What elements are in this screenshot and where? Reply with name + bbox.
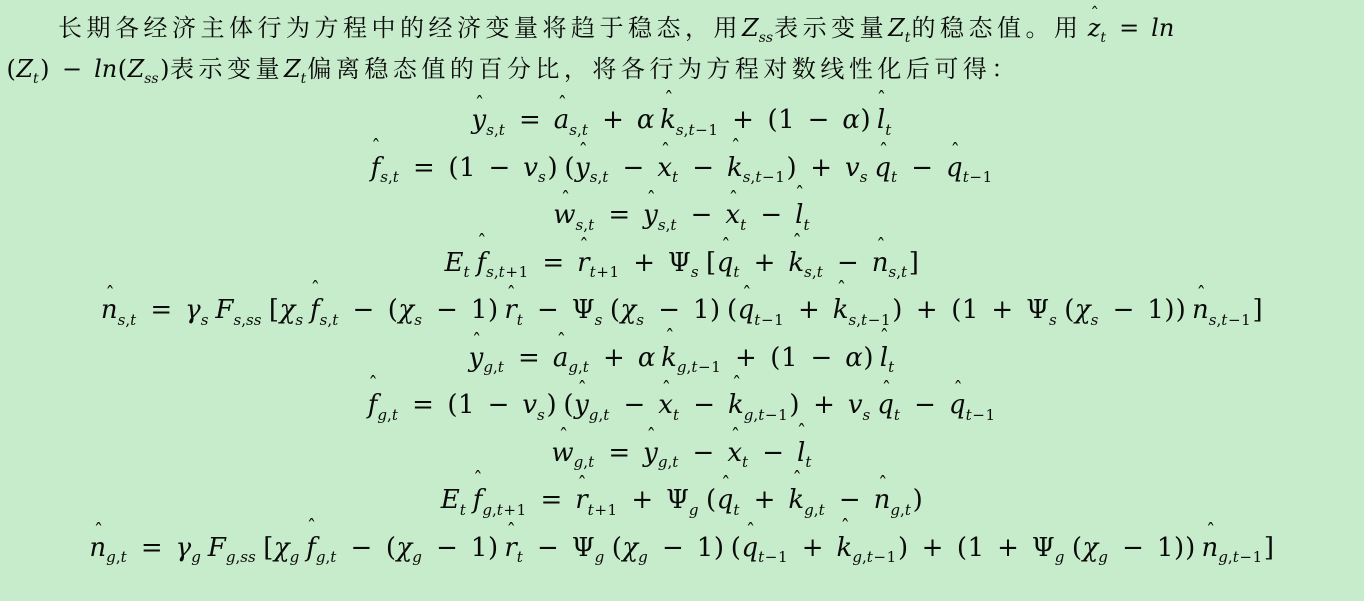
paragraph: 长期各经济主体行为方程中的经济变量将趋于稳态，用Zss表示变量Zt的稳态值。用ˆ…: [6, 8, 1358, 90]
equation-math: ˆwg,t=ˆyg,t−ˆxt−ˆlt: [551, 438, 812, 468]
equation-block: ˆys,t=ˆas,t+αˆks,t−1+(1−α)ˆltˆfs,t=(1−vs…: [6, 96, 1358, 571]
equation-math: ˆws,t=ˆys,t−ˆxt−ˆlt: [553, 200, 810, 230]
equation-wage-g: ˆwg,t=ˆyg,t−ˆxt−ˆlt: [6, 429, 1358, 477]
inline-math: Zt: [888, 14, 911, 42]
chinese-text: 长期各经济主体行为方程中的经济变量将趋于稳态，用: [58, 16, 742, 42]
equation-math: ˆys,t=ˆas,t+αˆks,t−1+(1−α)ˆlt: [472, 105, 893, 135]
equation-expected-return-g: Etˆfg,t+1=ˆrt+1+Ψg(ˆqt+ˆkg,t−ˆng,t): [6, 476, 1358, 524]
chinese-text: 偏离稳态值的百分比，将各行为方程对数线性化后可得：: [307, 57, 1020, 83]
equation-networth-s: ˆns,t=γsFs,ss[χsˆfs,t−(χs−1)ˆrt−Ψs(χs−1)…: [6, 286, 1358, 334]
equation-return-g: ˆfg,t=(1−vs)(ˆyg,t−ˆxt−ˆkg,t−1)+vsˆqt−ˆq…: [6, 381, 1358, 429]
equation-return-s: ˆfs,t=(1−vs)(ˆys,t−ˆxt−ˆks,t−1)+vsˆqt−ˆq…: [6, 144, 1358, 192]
equation-math: ˆns,t=γsFs,ss[χsˆfs,t−(χs−1)ˆrt−Ψs(χs−1)…: [101, 295, 1263, 325]
equation-wage-s: ˆws,t=ˆys,t−ˆxt−ˆlt: [6, 191, 1358, 239]
chinese-text: 表示变量: [170, 57, 284, 83]
inline-math: ˆzt=ln: [1082, 14, 1174, 42]
equation-math: ˆfs,t=(1−vs)(ˆys,t−ˆxt−ˆks,t−1)+vsˆqt−ˆq…: [371, 153, 994, 183]
equation-math: Etˆfg,t+1=ˆrt+1+Ψg(ˆqt+ˆkg,t−ˆng,t): [441, 485, 924, 515]
equation-math: ˆng,t=γgFg,ss[χgˆfg,t−(χg−1)ˆrt−Ψg(χg−1)…: [89, 533, 1274, 563]
chinese-text: 表示变量: [774, 16, 888, 42]
paragraph-line-2: (Zt)−ln(Zss)表示变量Zt偏离稳态值的百分比，将各行为方程对数线性化后…: [6, 49, 1358, 90]
inline-math: Zss: [742, 14, 774, 42]
equation-math: Etˆfs,t+1=ˆrt+1+Ψs[ˆqt+ˆks,t−ˆns,t]: [445, 248, 920, 278]
inline-math: Zt: [284, 55, 307, 83]
document-page: 长期各经济主体行为方程中的经济变量将趋于稳态，用Zss表示变量Zt的稳态值。用ˆ…: [0, 0, 1364, 601]
equation-math: ˆfg,t=(1−vs)(ˆyg,t−ˆxt−ˆkg,t−1)+vsˆqt−ˆq…: [368, 390, 997, 420]
equation-expected-return-s: Etˆfs,t+1=ˆrt+1+Ψs[ˆqt+ˆks,t−ˆns,t]: [6, 239, 1358, 287]
equation-math: ˆyg,t=ˆag,t+αˆkg,t−1+(1−α)ˆlt: [469, 343, 896, 373]
chinese-text: 的稳态值。用: [911, 16, 1082, 42]
equation-output-g: ˆyg,t=ˆag,t+αˆkg,t−1+(1−α)ˆlt: [6, 334, 1358, 382]
inline-math: (Zt)−ln(Zss): [6, 55, 170, 83]
equation-networth-g: ˆng,t=γgFg,ss[χgˆfg,t−(χg−1)ˆrt−Ψg(χg−1)…: [6, 524, 1358, 572]
equation-output-s: ˆys,t=ˆas,t+αˆks,t−1+(1−α)ˆlt: [6, 96, 1358, 144]
paragraph-line-1: 长期各经济主体行为方程中的经济变量将趋于稳态，用Zss表示变量Zt的稳态值。用ˆ…: [6, 8, 1358, 49]
